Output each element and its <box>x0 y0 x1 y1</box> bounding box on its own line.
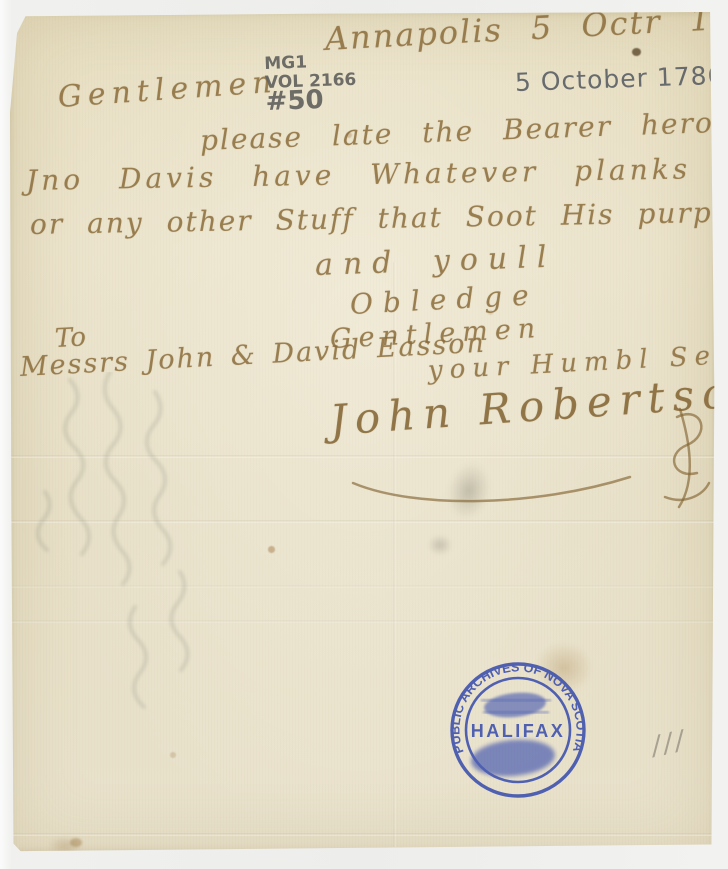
fold-crease <box>10 833 715 836</box>
body-line-2: Jno Davis have Whatever planks Boards <box>26 150 728 197</box>
stamp-smudge-streak <box>481 699 551 702</box>
body-line-4: and youll <box>314 240 557 283</box>
stamp-ink-smudge-top <box>483 690 547 720</box>
stamp-smudge-streak <box>483 711 549 714</box>
signature-flourish <box>325 387 720 522</box>
bleed-through-writing <box>15 372 230 722</box>
stamp-ink-smudge-bottom <box>470 736 557 779</box>
archives-stamp: PUBLIC ARCHIVES OF NOVA SCOTIA HALIFAX <box>443 655 593 805</box>
foxing-dot <box>170 752 176 758</box>
gray-smudge-small <box>428 535 452 555</box>
dateline-pencil: 5 October 1786 <box>514 61 724 97</box>
archive-ref-line-3: #50 <box>265 90 357 112</box>
archive-reference: MG1 VOL 2166 #50 <box>264 52 357 112</box>
paper: Annapolis 5 Octr 1786 Gentlemen please l… <box>10 12 715 852</box>
ink-fleck <box>632 48 641 56</box>
stamp-center-text: HALIFAX <box>471 721 566 741</box>
salutation: Gentlemen <box>57 65 279 115</box>
tally-marks: /// <box>649 725 690 762</box>
foxing-dot <box>268 546 275 553</box>
body-line-3: or any other Stuff that Soot His purpose <box>30 195 728 241</box>
